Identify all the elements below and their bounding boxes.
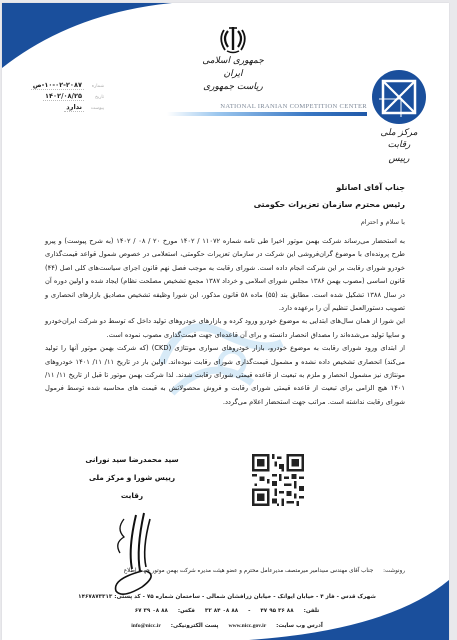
footer-contact-numbers: تلفن: ۸۸ ۳۶ ۹۵ ۴۷ - ۸۸ ۰۸ ۸۴ ۳۲ فکس: ۸۸ … [62,608,392,614]
addressee-title: رئیس محترم سازمان تعزیرات حکومتی [45,196,405,213]
iran-emblem-block: جمهوری اسلامی ایران ریاست جمهوری [198,25,268,94]
qr-code-image [252,454,304,506]
org-name-english: NATIONAL IRANIAN COMPETITION CENTER [220,103,367,110]
emblem-line-presidency: ریاست جمهوری [198,81,268,94]
meta-attachment-value: ندارد [64,103,84,112]
salutation: با سلام و احترام [45,218,405,226]
meta-attachment-row: پیوست ندارد [24,103,104,114]
meta-attachment-label: پیوست [84,106,104,111]
footer-phone-2: ۸۸ ۰۸ ۸۴ ۳۲ [205,608,238,614]
emblem-line-republic: جمهوری اسلامی ایران [198,55,268,81]
footer-website-label: آدرس وب سایت: [276,623,323,629]
letter-page: جمهوری اسلامی ایران ریاست جمهوری NATIONA… [2,3,449,640]
top-left-swoosh-decoration [2,3,177,68]
signatory-title: رییس شورا و مرکز ملی رقابت [77,469,187,505]
meta-number-value: ۱۰-۰۲-۲۰۸۷-ص [31,81,84,90]
org-name-banner: NATIONAL IRANIAN COMPETITION CENTER [167,103,367,117]
footer-phone-1: ۸۸ ۳۶ ۹۵ ۴۷ [260,608,293,614]
meta-date-value: ۱۴۰۲/۰۸/۲۵ [43,92,84,101]
footer-fax: ۸۸ ۰۸ ۳۹ ۶۷ [135,608,168,614]
meta-number-label: شماره [84,84,104,89]
addressee-name: جناب آقای اصانلو [45,179,405,196]
meta-number-row: شماره ۱۰-۰۲-۲۰۸۷-ص [24,81,104,92]
meta-date-row: تاریخ ۱۴۰۲/۰۸/۲۵ [24,92,104,103]
body-paragraph-3: از ابتدای ورود شورای رقابت به موضوع خودر… [45,342,405,409]
signatory-name: سید محمدرضا سید نورانی [77,451,187,469]
footer-fax-label: فکس: [178,608,195,614]
nicc-logo-block: مرکز ملی رقابت رییس [368,69,430,165]
footer-email-link[interactable]: info@nicc.ir [131,623,161,629]
body-paragraph-2: این شورا از همان سال‌های ابتدایی به موضو… [45,315,405,342]
iran-emblem-icon [218,25,248,55]
nicc-logo-icon [371,69,427,125]
footer-phone-label: تلفن: [304,608,320,614]
footer-address: شهرک قدس - فاز ۴ - خیابان ایوانک - خیابا… [62,594,392,600]
org-name-underline [167,112,367,116]
logo-caption-center: مرکز ملی رقابت [368,127,430,151]
footer-email-label: پست الکترونیکی: [171,623,219,629]
footer-web-contact: آدرس وب سایت: www.nicc.gov.ir پست الکترو… [62,623,392,629]
footer-website-link[interactable]: www.nicc.gov.ir [228,623,266,629]
handwritten-signature-icon [102,509,162,599]
logo-caption-head: رییس [368,153,430,165]
signature-block: سید محمدرضا سید نورانی رییس شورا و مرکز … [77,451,187,599]
letter-meta: شماره ۱۰-۰۲-۲۰۸۷-ص تاریخ ۱۴۰۲/۰۸/۲۵ پیوس… [24,81,104,114]
letter-body: به استحضار می‌رساند شرکت بهمن موتور اخیر… [45,235,405,409]
meta-date-label: تاریخ [84,95,104,100]
addressee-block: جناب آقای اصانلو رئیس محترم سازمان تعزیر… [45,179,405,213]
body-paragraph-1: به استحضار می‌رساند شرکت بهمن موتور اخیر… [45,235,405,315]
